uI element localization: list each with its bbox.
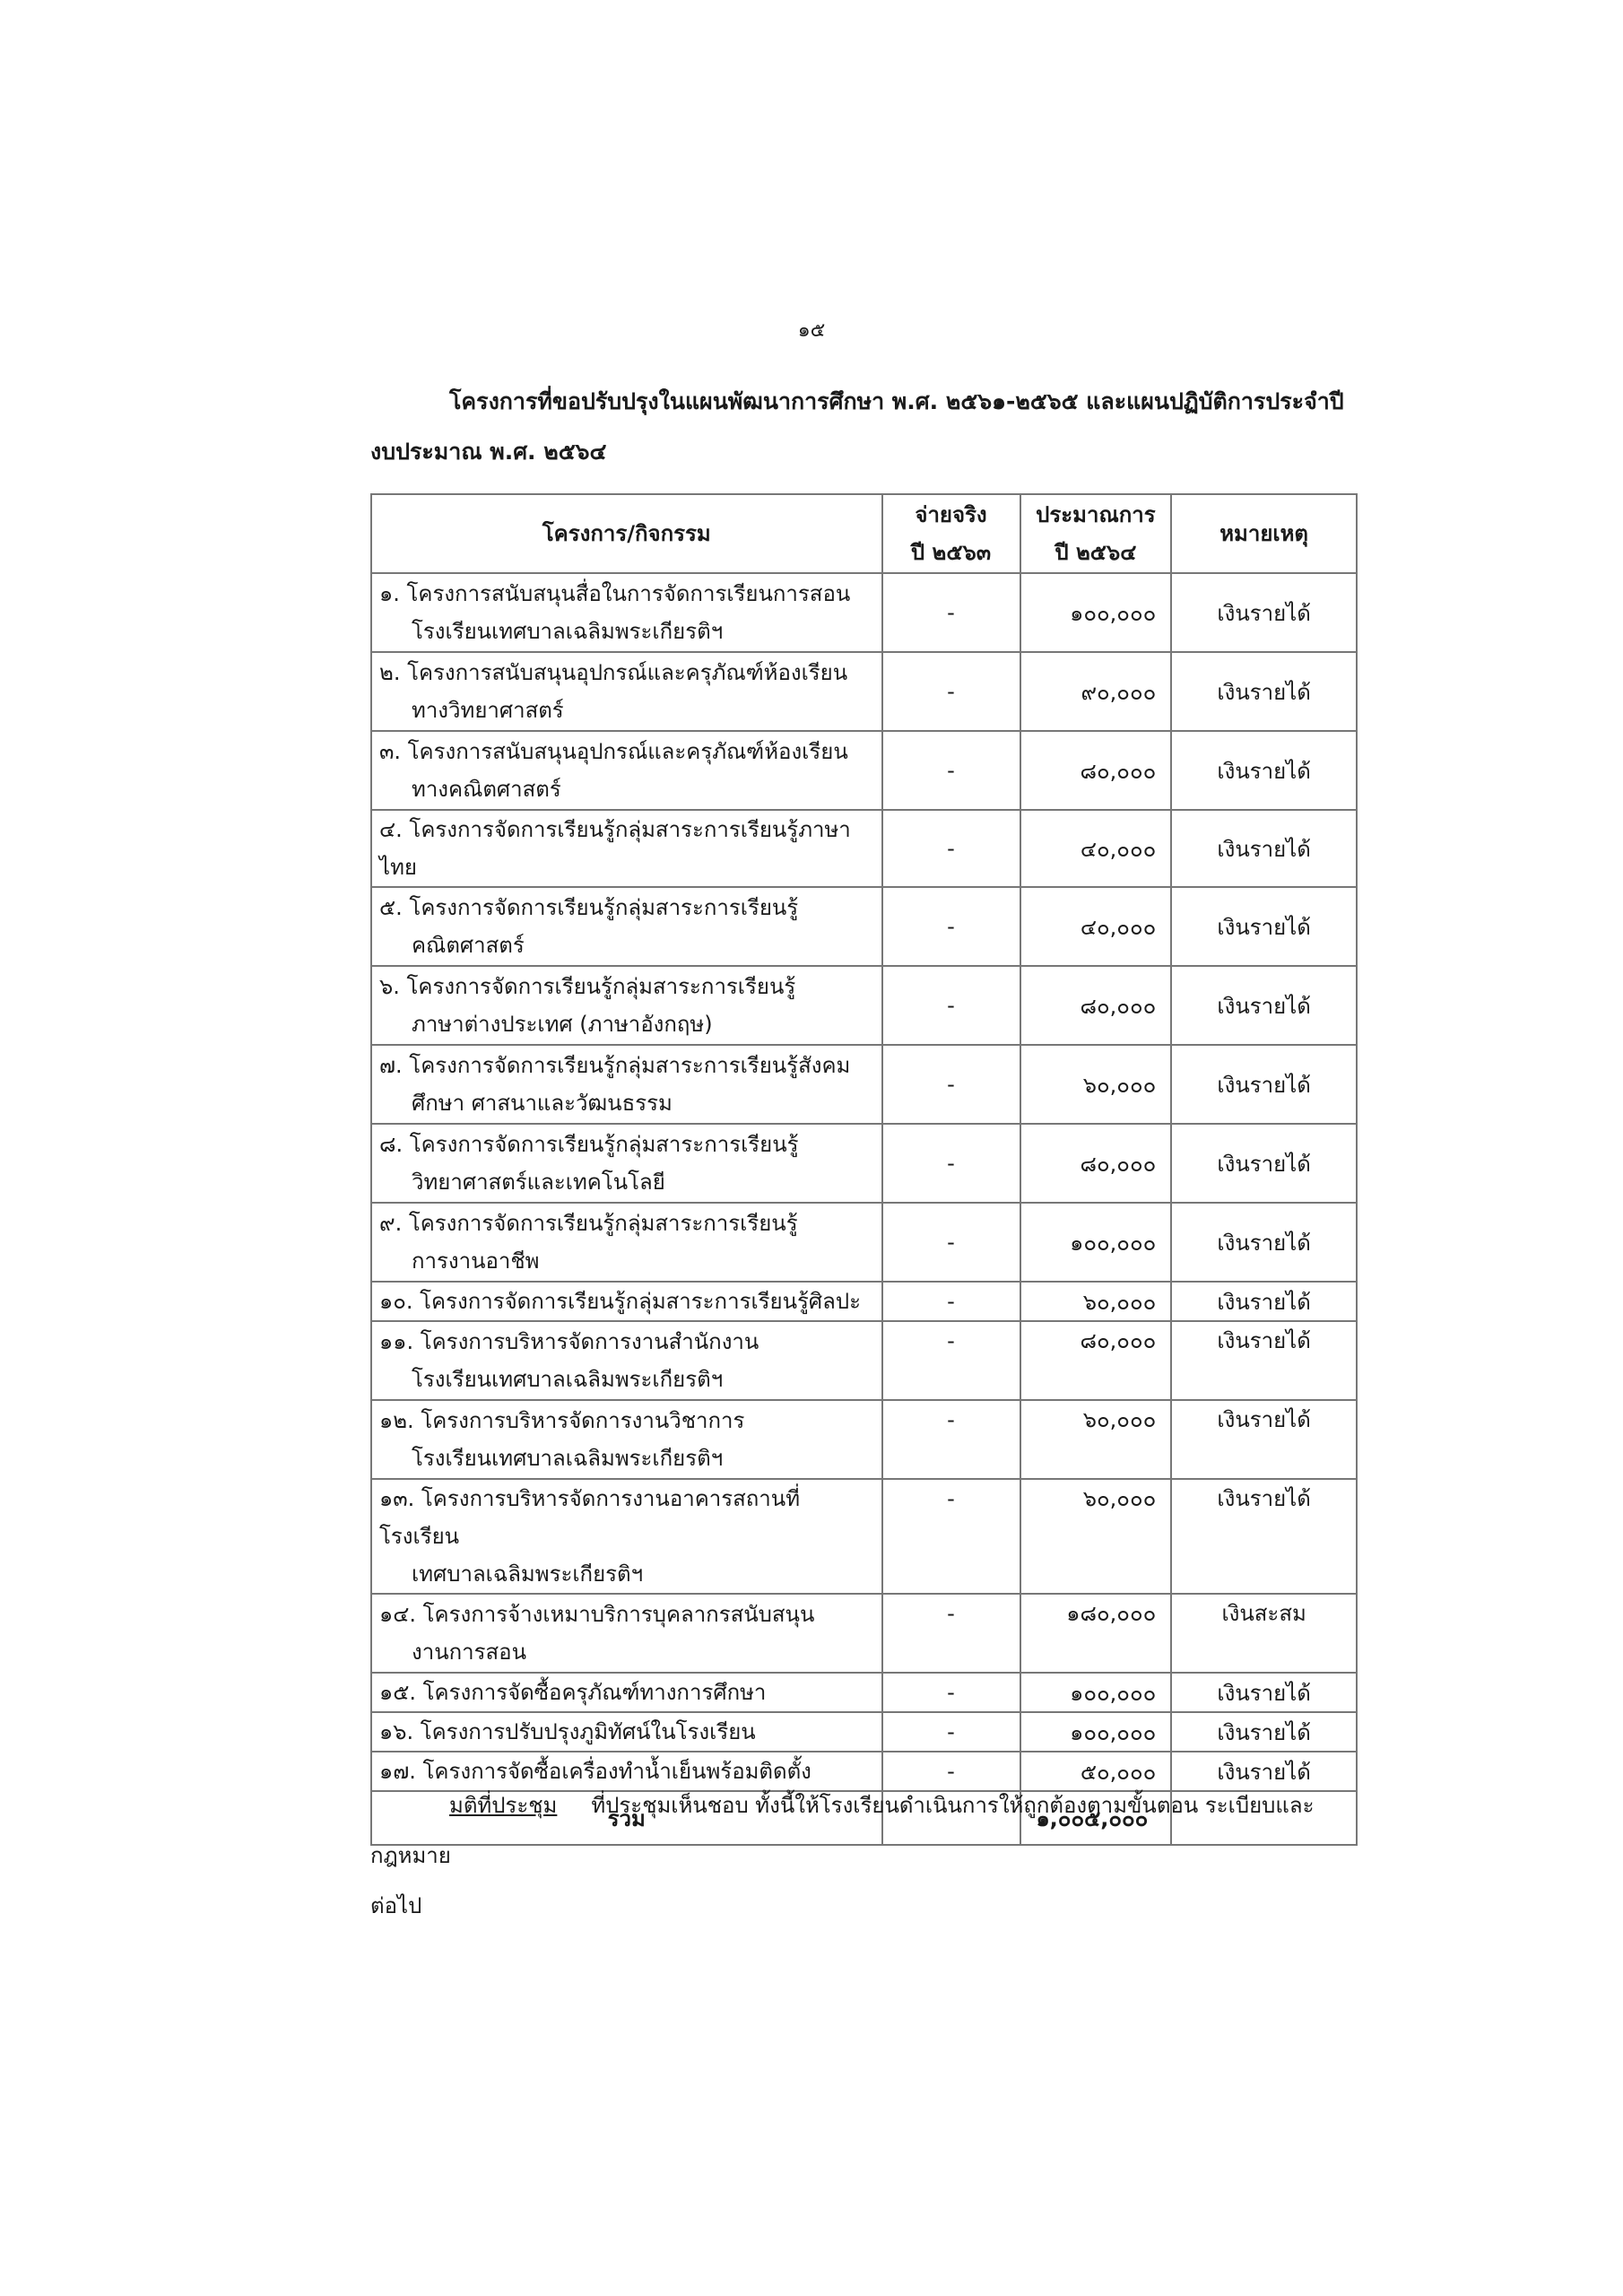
project-name: ๑๔. โครงการจ้างเหมาบริการบุคลากรสนับสนุน… <box>371 1594 882 1673</box>
meeting-resolution: มติที่ประชุมที่ประชุมเห็นชอบ ทั้งนี้ให้โ… <box>370 1780 1393 1931</box>
remark: เงินรายได้ <box>1171 1321 1357 1400</box>
estimate-2564: ๑๘๐,๐๐๐ <box>1020 1594 1172 1673</box>
remark: เงินรายได้ <box>1171 652 1357 731</box>
header-estimate: ประมาณการ ปี ๒๕๖๔ <box>1020 494 1172 573</box>
actual-2563: - <box>882 1594 1020 1673</box>
header-actual: จ่ายจริง ปี ๒๕๖๓ <box>882 494 1020 573</box>
table-row: ๑๖. โครงการปรับปรุงภูมิทัศน์ในโรงเรียน-๑… <box>371 1712 1357 1752</box>
estimate-2564: ๑๐๐,๐๐๐ <box>1020 573 1172 652</box>
remark: เงินรายได้ <box>1171 1479 1357 1594</box>
project-name: ๖. โครงการจัดการเรียนรู้กลุ่มสาระการเรีย… <box>371 966 882 1045</box>
estimate-2564: ๖๐,๐๐๐ <box>1020 1282 1172 1321</box>
estimate-2564: ๖๐,๐๐๐ <box>1020 1479 1172 1594</box>
remark: เงินรายได้ <box>1171 1282 1357 1321</box>
estimate-2564: ๑๐๐,๐๐๐ <box>1020 1673 1172 1712</box>
actual-2563: - <box>882 1321 1020 1400</box>
table-row: ๘. โครงการจัดการเรียนรู้กลุ่มสาระการเรีย… <box>371 1124 1357 1203</box>
estimate-2564: ๖๐,๐๐๐ <box>1020 1400 1172 1479</box>
estimate-2564: ๖๐,๐๐๐ <box>1020 1045 1172 1124</box>
estimate-2564: ๑๐๐,๐๐๐ <box>1020 1203 1172 1282</box>
estimate-2564: ๘๐,๐๐๐ <box>1020 1321 1172 1400</box>
remark: เงินรายได้ <box>1171 1045 1357 1124</box>
table-row: ๑๔. โครงการจ้างเหมาบริการบุคลากรสนับสนุน… <box>371 1594 1357 1673</box>
table-row: ๓. โครงการสนับสนุนอุปกรณ์และครุภัณฑ์ห้อง… <box>371 731 1357 810</box>
remark: เงินรายได้ <box>1171 966 1357 1045</box>
project-name: ๑๐. โครงการจัดการเรียนรู้กลุ่มสาระการเรี… <box>371 1282 882 1321</box>
project-name: ๑๕. โครงการจัดซื้อครุภัณฑ์ทางการศึกษา <box>371 1673 882 1712</box>
remark: เงินรายได้ <box>1171 731 1357 810</box>
remark: เงินรายได้ <box>1171 810 1357 887</box>
actual-2563: - <box>882 1282 1020 1321</box>
actual-2563: - <box>882 573 1020 652</box>
estimate-2564: ๘๐,๐๐๐ <box>1020 966 1172 1045</box>
project-name: ๔. โครงการจัดการเรียนรู้กลุ่มสาระการเรีย… <box>371 810 882 887</box>
project-name: ๑๑. โครงการบริหารจัดการงานสำนักงานโรงเรี… <box>371 1321 882 1400</box>
actual-2563: - <box>882 1203 1020 1282</box>
remark: เงินรายได้ <box>1171 1712 1357 1752</box>
header-note: หมายเหตุ <box>1171 494 1357 573</box>
remark: เงินรายได้ <box>1171 1400 1357 1479</box>
table-row: ๑๓. โครงการบริหารจัดการงานอาคารสถานที่โร… <box>371 1479 1357 1594</box>
resolution-continuation: ต่อไป <box>370 1881 1393 1931</box>
estimate-2564: ๙๐,๐๐๐ <box>1020 652 1172 731</box>
project-name: ๗. โครงการจัดการเรียนรู้กลุ่มสาระการเรีย… <box>371 1045 882 1124</box>
actual-2563: - <box>882 731 1020 810</box>
table-row: ๑. โครงการสนับสนุนสื่อในการจัดการเรียนกา… <box>371 573 1357 652</box>
remark: เงินรายได้ <box>1171 887 1357 966</box>
budget-table: โครงการ/กิจกรรม จ่ายจริง ปี ๒๕๖๓ ประมาณก… <box>370 493 1358 1846</box>
header-project: โครงการ/กิจกรรม <box>371 494 882 573</box>
actual-2563: - <box>882 1712 1020 1752</box>
project-name: ๘. โครงการจัดการเรียนรู้กลุ่มสาระการเรีย… <box>371 1124 882 1203</box>
remark: เงินรายได้ <box>1171 1203 1357 1282</box>
actual-2563: - <box>882 652 1020 731</box>
project-name: ๓. โครงการสนับสนุนอุปกรณ์และครุภัณฑ์ห้อง… <box>371 731 882 810</box>
remark: เงินรายได้ <box>1171 1673 1357 1712</box>
table-row: ๔. โครงการจัดการเรียนรู้กลุ่มสาระการเรีย… <box>371 810 1357 887</box>
estimate-2564: ๘๐,๐๐๐ <box>1020 731 1172 810</box>
project-name: ๑. โครงการสนับสนุนสื่อในการจัดการเรียนกา… <box>371 573 882 652</box>
actual-2563: - <box>882 810 1020 887</box>
table-row: ๑๕. โครงการจัดซื้อครุภัณฑ์ทางการศึกษา-๑๐… <box>371 1673 1357 1712</box>
estimate-2564: ๔๐,๐๐๐ <box>1020 887 1172 966</box>
project-name: ๑๓. โครงการบริหารจัดการงานอาคารสถานที่โร… <box>371 1479 882 1594</box>
page-number: ๑๕ <box>0 314 1623 345</box>
table-row: ๑๐. โครงการจัดการเรียนรู้กลุ่มสาระการเรี… <box>371 1282 1357 1321</box>
table-row: ๙. โครงการจัดการเรียนรู้กลุ่มสาระการเรีย… <box>371 1203 1357 1282</box>
heading-line-1: โครงการที่ขอปรับปรุงในแผนพัฒนาการศึกษา พ… <box>370 377 1393 427</box>
project-name: ๑๖. โครงการปรับปรุงภูมิทัศน์ในโรงเรียน <box>371 1712 882 1752</box>
actual-2563: - <box>882 966 1020 1045</box>
actual-2563: - <box>882 1045 1020 1124</box>
table-row: ๒. โครงการสนับสนุนอุปกรณ์และครุภัณฑ์ห้อง… <box>371 652 1357 731</box>
project-name: ๙. โครงการจัดการเรียนรู้กลุ่มสาระการเรีย… <box>371 1203 882 1282</box>
estimate-2564: ๘๐,๐๐๐ <box>1020 1124 1172 1203</box>
document-heading: โครงการที่ขอปรับปรุงในแผนพัฒนาการศึกษา พ… <box>370 377 1393 477</box>
actual-2563: - <box>882 1479 1020 1594</box>
table-row: ๕. โครงการจัดการเรียนรู้กลุ่มสาระการเรีย… <box>371 887 1357 966</box>
estimate-2564: ๑๐๐,๐๐๐ <box>1020 1712 1172 1752</box>
table-row: ๑๑. โครงการบริหารจัดการงานสำนักงานโรงเรี… <box>371 1321 1357 1400</box>
actual-2563: - <box>882 1124 1020 1203</box>
remark: เงินรายได้ <box>1171 1124 1357 1203</box>
actual-2563: - <box>882 1400 1020 1479</box>
heading-line-2: งบประมาณ พ.ศ. ๒๕๖๔ <box>370 427 1393 477</box>
actual-2563: - <box>882 887 1020 966</box>
project-name: ๒. โครงการสนับสนุนอุปกรณ์และครุภัณฑ์ห้อง… <box>371 652 882 731</box>
table-header-row: โครงการ/กิจกรรม จ่ายจริง ปี ๒๕๖๓ ประมาณก… <box>371 494 1357 573</box>
project-name: ๑๒. โครงการบริหารจัดการงานวิชาการโรงเรีย… <box>371 1400 882 1479</box>
table-row: ๑๒. โครงการบริหารจัดการงานวิชาการโรงเรีย… <box>371 1400 1357 1479</box>
remark: เงินรายได้ <box>1171 573 1357 652</box>
resolution-label: มติที่ประชุม <box>449 1793 557 1818</box>
remark: เงินสะสม <box>1171 1594 1357 1673</box>
table-row: ๖. โครงการจัดการเรียนรู้กลุ่มสาระการเรีย… <box>371 966 1357 1045</box>
actual-2563: - <box>882 1673 1020 1712</box>
project-name: ๕. โครงการจัดการเรียนรู้กลุ่มสาระการเรีย… <box>371 887 882 966</box>
resolution-line-1: มติที่ประชุมที่ประชุมเห็นชอบ ทั้งนี้ให้โ… <box>370 1780 1393 1881</box>
table-row: ๗. โครงการจัดการเรียนรู้กลุ่มสาระการเรีย… <box>371 1045 1357 1124</box>
estimate-2564: ๔๐,๐๐๐ <box>1020 810 1172 887</box>
